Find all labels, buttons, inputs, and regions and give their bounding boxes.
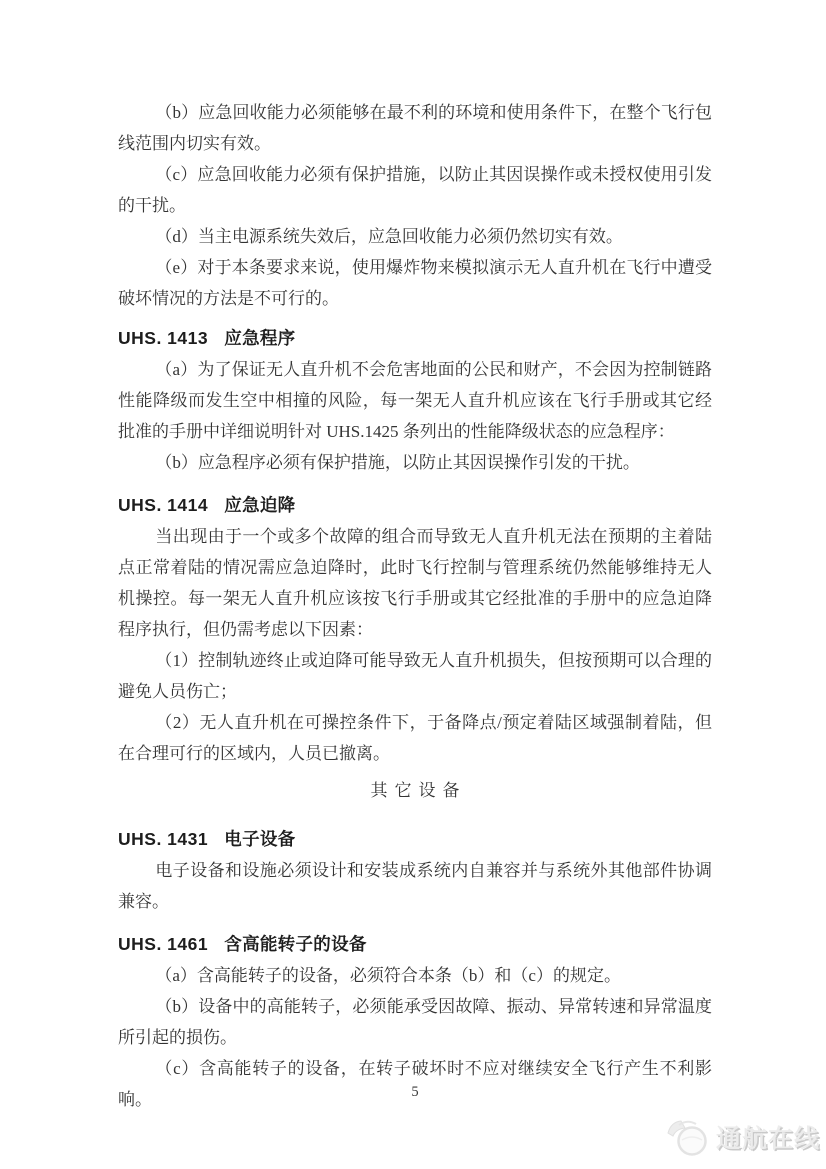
document-content: （b）应急回收能力必须能够在最不利的环境和使用条件下，在整个飞行包线范围内切实有… xyxy=(118,97,712,1115)
paragraph-b: （b）应急回收能力必须能够在最不利的环境和使用条件下，在整个飞行包线范围内切实有… xyxy=(118,97,712,159)
paragraph: （a）为了保证无人直升机不会危害地面的公民和财产，不会因为控制链路性能降级而发生… xyxy=(118,354,712,447)
section-heading-uhs-1461: UHS. 1461 含高能转子的设备 xyxy=(118,929,712,960)
paragraph: （b）应急程序必须有保护措施，以防止其因误操作引发的干扰。 xyxy=(118,447,712,478)
group-heading-other-equipment: 其它设备 xyxy=(118,775,712,806)
section-title: 电子设备 xyxy=(224,829,295,849)
section-heading-uhs-1414: UHS. 1414 应急迫降 xyxy=(118,490,712,521)
section-code: UHS. 1461 xyxy=(118,934,208,954)
section-heading-uhs-1431: UHS. 1431 电子设备 xyxy=(118,824,712,855)
paragraph: （2）无人直升机在可操控条件下，于备降点/预定着陆区域强制着陆，但在合理可行的区… xyxy=(118,707,712,769)
watermark: 通航在线 xyxy=(665,1116,820,1158)
paragraph: 电子设备和设施必须设计和安装成系统内自兼容并与系统外其他部件协调兼容。 xyxy=(118,855,712,917)
section-title: 含高能转子的设备 xyxy=(224,934,366,954)
paragraph-e: （e）对于本条要求来说，使用爆炸物来模拟演示无人直升机在飞行中遭受破坏情况的方法… xyxy=(118,252,712,314)
paragraph-d: （d）当主电源系统失效后，应急回收能力必须仍然切实有效。 xyxy=(118,221,712,252)
globe-plane-logo-icon xyxy=(665,1116,711,1158)
document-page: （b）应急回收能力必须能够在最不利的环境和使用条件下，在整个飞行包线范围内切实有… xyxy=(0,0,826,1169)
paragraph-c: （c）应急回收能力必须有保护措施，以防止其因误操作或未授权使用引发的干扰。 xyxy=(118,159,712,221)
section-code: UHS. 1431 xyxy=(118,829,208,849)
section-code: UHS. 1414 xyxy=(118,495,208,515)
paragraph: （1）控制轨迹终止或迫降可能导致无人直升机损失，但按预期可以合理的避免人员伤亡； xyxy=(118,645,712,707)
section-heading-uhs-1413: UHS. 1413 应急程序 xyxy=(118,323,712,354)
watermark-text: 通航在线 xyxy=(716,1119,820,1155)
section-code: UHS. 1413 xyxy=(118,328,208,348)
section-title: 应急程序 xyxy=(224,328,295,348)
paragraph: （a）含高能转子的设备，必须符合本条（b）和（c）的规定。 xyxy=(118,960,712,991)
paragraph: 当出现由于一个或多个故障的组合而导致无人直升机无法在预期的主着陆点正常着陆的情况… xyxy=(118,521,712,645)
paragraph: （b）设备中的高能转子，必须能承受因故障、振动、异常转速和异常温度所引起的损伤。 xyxy=(118,991,712,1053)
page-number: 5 xyxy=(118,1082,712,1102)
section-title: 应急迫降 xyxy=(224,495,295,515)
